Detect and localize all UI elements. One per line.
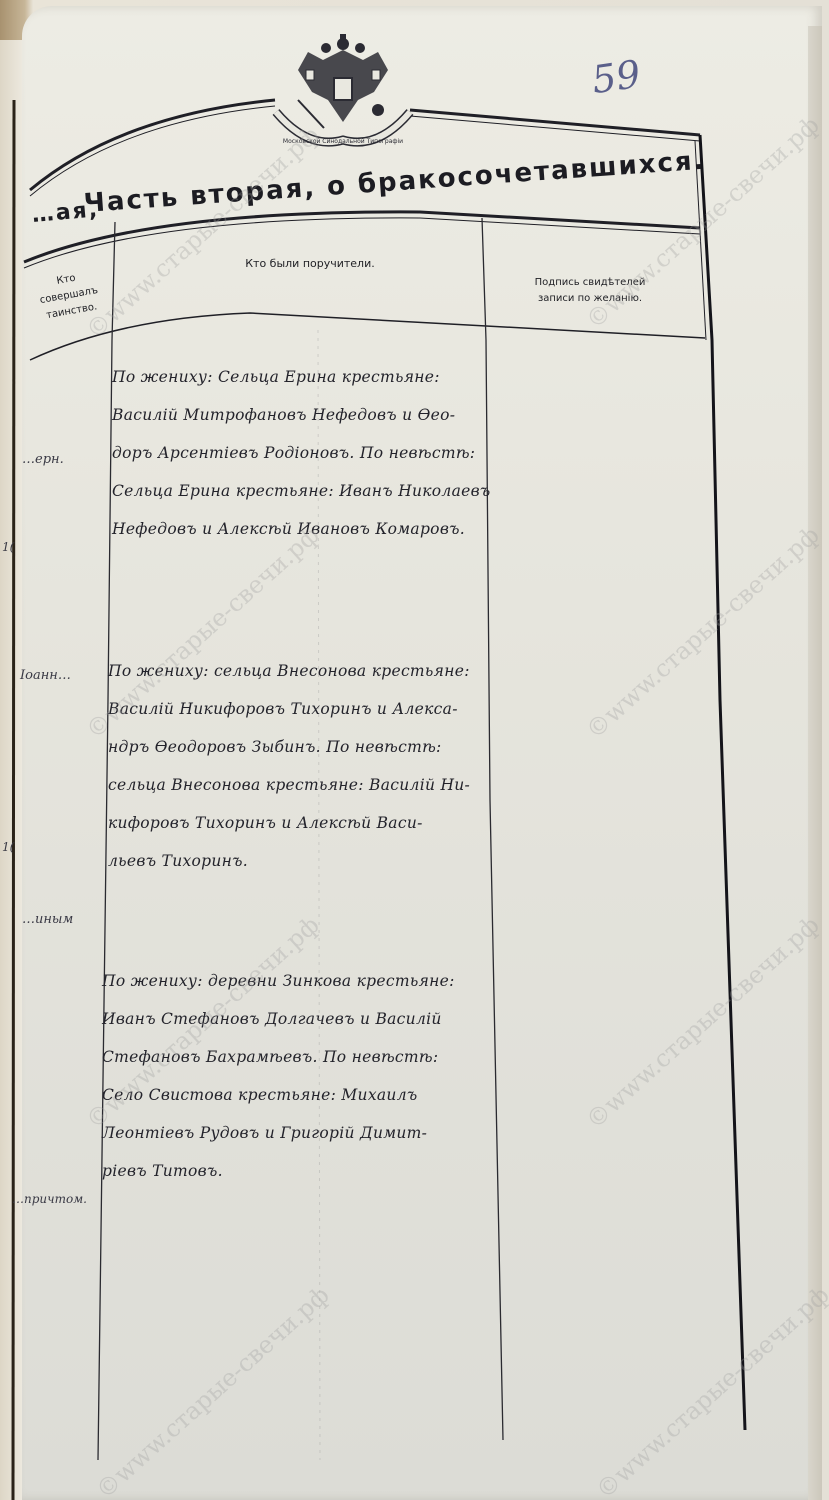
- entry-1-line-3: доръ Арсентіевъ Родіоновъ. По невѣстѣ:: [112, 434, 491, 472]
- page-title: …ая, Часть вторая, о бракосочетавшихся.: [25, 165, 665, 225]
- entry-1-line-1: По жениху: Сельца Ерина крестьяне:: [112, 358, 491, 396]
- entry-1-line-2: Василій Митрофановъ Нефедовъ и Ѳео-: [112, 396, 491, 434]
- double-headed-eagle-icon: Московской Синодальной Типографіи: [268, 30, 418, 150]
- entry-1-line-4: Сельца Ерина крестьяне: Иванъ Николаевъ: [112, 472, 491, 510]
- left-page-fragment-1: 1(: [2, 540, 14, 554]
- folio-number: 59: [589, 52, 643, 102]
- entry-2-line-6: льевъ Тихоринъ.: [108, 842, 470, 880]
- entry-3-line-2: Иванъ Стефановъ Долгачевъ и Василій: [102, 1000, 455, 1038]
- entry-2-line-5: кифоровъ Тихоринъ и Алексѣй Васи-: [108, 804, 470, 842]
- entry-2-line-4: сельца Внесонова крестьяне: Василій Ни-: [108, 766, 470, 804]
- officiant-note-4: …причтом.: [12, 1192, 87, 1206]
- entry-1-guarantors: По жениху: Сельца Ерина крестьяне: Васил…: [112, 358, 491, 548]
- column-header-guarantors: Кто были поручители.: [190, 255, 430, 273]
- left-page-fragment-2: 1(: [2, 840, 14, 854]
- officiant-note-1: …ерн.: [22, 452, 64, 467]
- entry-2-line-3: ндръ Ѳеодоровъ Зыбинъ. По невѣстѣ:: [108, 728, 470, 766]
- officiant-note-3: …иным: [22, 912, 73, 927]
- entry-2-line-2: Василій Никифоровъ Тихоринъ и Алекса-: [108, 690, 470, 728]
- entry-3-line-5: Леонтіевъ Рудовъ и Григорій Димит-: [102, 1114, 455, 1152]
- entry-3-line-6: ріевъ Титовъ.: [102, 1152, 455, 1190]
- officiant-note-2: Іоанн…: [20, 668, 71, 683]
